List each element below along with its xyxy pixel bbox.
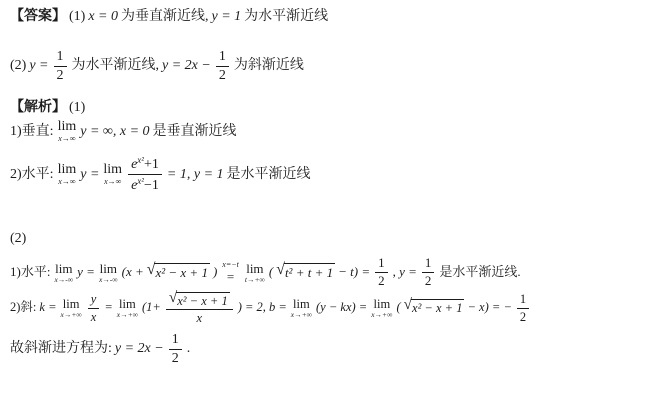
- minus-x-equals-neg: − x) = −: [467, 300, 511, 316]
- fraction-denominator: x: [166, 309, 233, 325]
- close-paren: ): [213, 264, 217, 280]
- analysis-label: 【解析】: [10, 99, 66, 117]
- exponent-x-squared: x²: [137, 155, 144, 165]
- fraction-y-over-x: y x: [88, 292, 100, 324]
- limit-subscript: x→+∞: [117, 311, 138, 319]
- math-y-equals: y =: [80, 166, 99, 184]
- text-is-horizontal-asymptote: 是水平渐近线.: [439, 264, 520, 280]
- limit-operator: lim: [374, 298, 391, 311]
- math-y-equals: y =: [77, 264, 95, 280]
- fraction-denominator: 2: [54, 66, 67, 84]
- limit-block: lim x→+∞: [291, 298, 312, 319]
- fraction-sqrt-over-x: √x² − x + 1 x: [166, 291, 233, 326]
- k-equals: k =: [39, 300, 56, 316]
- limit-block: lim x→-∞: [99, 262, 118, 284]
- fraction-one-half: 1 2: [422, 256, 435, 289]
- solution2-oblique-line: 2)斜: k = lim x→+∞ y x = lim x→+∞ (1+ √x²…: [10, 291, 654, 326]
- text-therefore-oblique-equation: 故斜渐进方程为:: [10, 340, 112, 358]
- substitution-condition: x=−t: [222, 261, 239, 269]
- solution1-horizontal-line: 2)水平: lim x→∞ y = lim x→∞ ex²+1 ex²−1 = …: [10, 155, 654, 194]
- fraction-denominator: x: [88, 308, 100, 324]
- limit-block: lim x→∞: [58, 120, 77, 143]
- limit-subscript: x→+∞: [291, 311, 312, 319]
- limit-operator: lim: [100, 262, 117, 275]
- radicand: x² − x + 1: [176, 292, 229, 308]
- limit-operator: lim: [63, 298, 80, 311]
- limit-operator: lim: [55, 262, 72, 275]
- equals-sign: =: [227, 270, 234, 283]
- limit-operator: lim: [293, 298, 310, 311]
- fraction-numerator: 1: [216, 49, 229, 66]
- radicand: x² − x + 1: [154, 263, 209, 281]
- part1-number: (1): [69, 8, 85, 26]
- text-vertical-asymptote: 为垂直渐近线,: [121, 8, 209, 26]
- math-result: = 1, y = 1: [167, 166, 224, 184]
- limit-subscript: x→-∞: [99, 276, 118, 284]
- equals-sign: =: [104, 300, 112, 316]
- limit-subscript: t→+∞: [245, 276, 265, 284]
- math-y-equals-1: y = 1: [212, 8, 242, 26]
- text-horizontal-asymptote: 为水平渐近线,: [72, 57, 160, 75]
- comma-y-equals: , y =: [393, 264, 417, 280]
- fraction-one-half: 1 2: [517, 292, 529, 324]
- radicand: x² − x + 1: [411, 299, 464, 317]
- fraction-one-half: 1 2: [375, 256, 388, 289]
- fraction-one-half: 1 2: [216, 49, 229, 84]
- fraction-numerator: ex²+1: [128, 155, 162, 174]
- fraction-one-half: 1 2: [169, 332, 182, 367]
- fraction-numerator: 1: [422, 256, 435, 272]
- limit-block: lim x→∞: [58, 163, 77, 186]
- answer-line-part1: 【答案】 (1) x = 0 为垂直渐近线, y = 1 为水平渐近线: [10, 8, 654, 26]
- fraction-numerator: 1: [517, 292, 529, 307]
- sqrt-expression: √ x² − x + 1: [147, 263, 210, 281]
- minus-one: −1: [144, 178, 159, 193]
- exponent-x-squared: x²: [137, 176, 144, 186]
- math-solution-document: 【答案】 (1) x = 0 为垂直渐近线, y = 1 为水平渐近线 (2) …: [0, 0, 658, 398]
- limit-subscript: x→-∞: [54, 276, 73, 284]
- text-oblique-asymptote: 为斜渐近线: [234, 57, 304, 75]
- open-paren: (: [396, 300, 400, 316]
- answer-label: 【答案】: [10, 8, 66, 26]
- sqrt-expression: √ t² + t + 1: [276, 263, 335, 281]
- radicand: t² + t + 1: [284, 263, 335, 281]
- open-paren: (: [269, 264, 273, 280]
- limit-operator: lim: [58, 120, 77, 134]
- limit-subscript: x→∞: [104, 178, 121, 186]
- fraction-denominator: 2: [422, 272, 435, 289]
- fraction-denominator: 2: [517, 308, 529, 324]
- step-label-horizontal: 2)水平:: [10, 166, 54, 184]
- math-expression: y = ∞, x = 0: [80, 123, 149, 141]
- step-label-vertical: 1)垂直:: [10, 123, 54, 141]
- limit-subscript: x→∞: [58, 178, 75, 186]
- minus-t-equals: − t) =: [338, 264, 370, 280]
- limit-block: lim x→∞: [103, 163, 122, 186]
- math-y-equals-2x-minus: y = 2x −: [115, 340, 164, 358]
- limit-operator: lim: [246, 262, 263, 275]
- limit-operator: lim: [119, 298, 136, 311]
- y-minus-kx-equals: (y − kx) =: [316, 300, 367, 316]
- text-is-horizontal-asymptote: 是水平渐近线: [227, 166, 311, 184]
- fraction-denominator: ex²−1: [128, 174, 162, 194]
- limit-operator: lim: [103, 163, 122, 177]
- fraction-numerator: y: [88, 292, 100, 307]
- part2-number: (2): [10, 230, 26, 248]
- fraction-denominator: 2: [216, 66, 229, 84]
- part1-number: (1): [69, 99, 85, 117]
- open-paren-one-plus: (1+: [142, 300, 161, 316]
- limit-subscript: x→+∞: [61, 311, 82, 319]
- conclusion-line: 故斜渐进方程为: y = 2x − 1 2 .: [10, 332, 654, 367]
- solution1-vertical-line: 1)垂直: lim x→∞ y = ∞, x = 0 是垂直渐近线: [10, 120, 654, 143]
- analysis-header: 【解析】 (1): [10, 99, 654, 117]
- limit-block: lim x→-∞: [54, 262, 73, 284]
- close-paren-equals-2: ) = 2,: [238, 300, 266, 316]
- answer-line-part2: (2) y = 1 2 为水平渐近线, y = 2x − 1 2 为斜渐近线: [10, 49, 654, 84]
- step-label-horizontal: 1)水平:: [10, 264, 50, 280]
- fraction-numerator: 1: [375, 256, 388, 272]
- solution2-horizontal-line: 1)水平: lim x→-∞ y = lim x→-∞ (x + √ x² − …: [10, 256, 654, 289]
- part2-number: (2): [10, 57, 26, 75]
- limit-operator: lim: [58, 163, 77, 177]
- limit-block: lim x→+∞: [117, 298, 138, 319]
- text-is-vertical-asymptote: 是垂直渐近线: [153, 123, 237, 141]
- fraction-denominator: 2: [169, 349, 182, 367]
- math-y-equals-2x-minus: y = 2x −: [162, 57, 211, 75]
- fraction-denominator: 2: [375, 272, 388, 289]
- limit-block: lim x→+∞: [371, 298, 392, 319]
- math-y-equals: y =: [29, 57, 48, 75]
- fraction-numerator: 1: [169, 332, 182, 349]
- limit-block: lim t→+∞: [245, 262, 265, 284]
- part2-header: (2): [10, 230, 654, 248]
- b-equals: b =: [269, 300, 287, 316]
- sqrt-expression: √ x² − x + 1: [404, 299, 465, 317]
- limit-subscript: x→∞: [58, 135, 75, 143]
- fraction-one-half: 1 2: [54, 49, 67, 84]
- limit-block: lim x→+∞: [61, 298, 82, 319]
- sqrt-expression: √x² − x + 1: [169, 292, 230, 308]
- plus-one: +1: [144, 157, 159, 172]
- math-x-equals-0: x = 0: [88, 8, 118, 26]
- open-paren-x-plus: (x +: [122, 264, 144, 280]
- period: .: [187, 340, 191, 358]
- equals-with-substitution: x=−t =: [222, 261, 239, 283]
- step-label-oblique: 2)斜:: [10, 300, 36, 316]
- limit-subscript: x→+∞: [371, 311, 392, 319]
- fraction-exponential: ex²+1 ex²−1: [128, 155, 162, 194]
- fraction-numerator: 1: [54, 49, 67, 66]
- fraction-numerator: √x² − x + 1: [166, 291, 233, 309]
- text-horizontal-asymptote: 为水平渐近线: [244, 8, 328, 26]
